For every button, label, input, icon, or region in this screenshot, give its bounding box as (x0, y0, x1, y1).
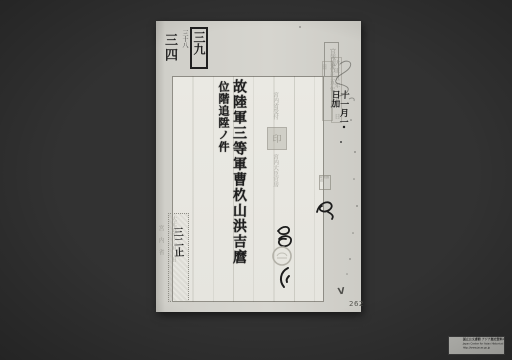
watermark-line-2: Japan Center for Asian Historical Record… (463, 343, 491, 346)
watermark-line-3: http://www.jacar.go.jp (463, 347, 491, 350)
jacar-watermark-label: 国立公文書館 アジア歴史資料センター Japan Center for Asia… (449, 337, 504, 354)
pencil-scribbles (0, 0, 512, 360)
scanned-document-viewer: 三四 三十八 三九 官報報告 大正五年 月 日 大正五年 月 日 十一月一日加 … (0, 0, 512, 360)
watermark-line-1: 国立公文書館 アジア歴史資料センター (463, 338, 491, 341)
